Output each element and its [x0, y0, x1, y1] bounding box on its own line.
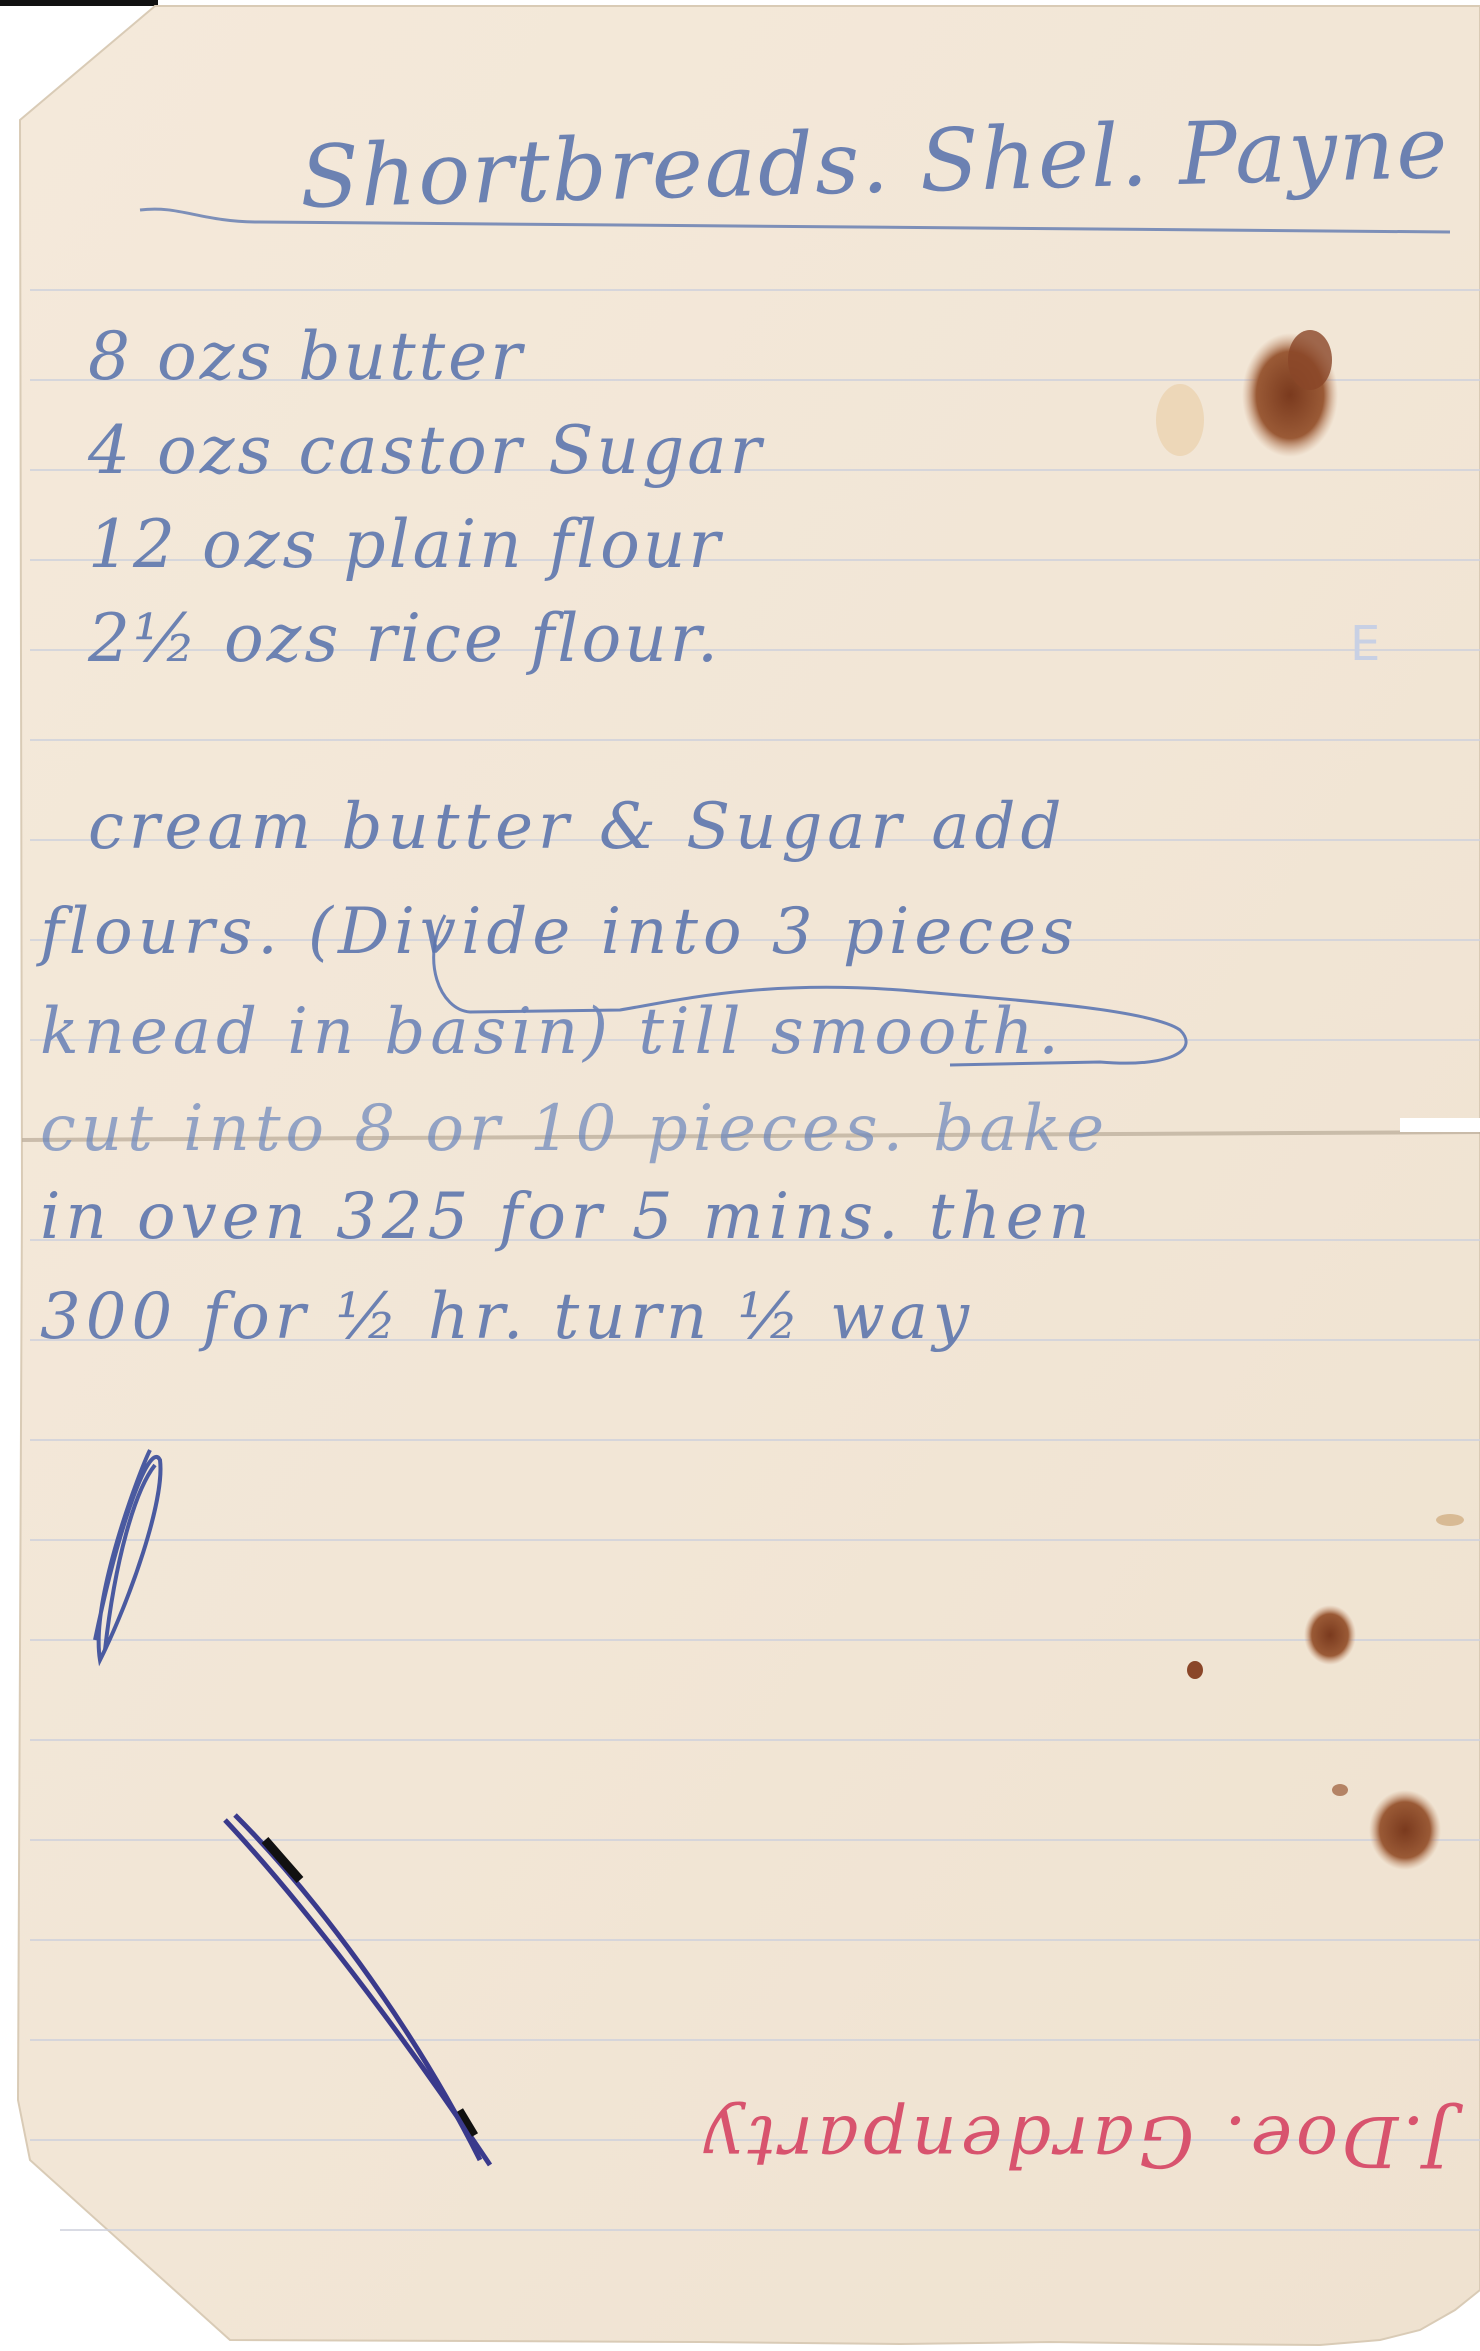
method-line: knead in basin) till smooth. [40, 995, 1064, 1069]
ingredient-item: 12 ozs plain flour [88, 506, 723, 583]
ingredient-item: 4 ozs castor Sugar [88, 412, 764, 489]
ingredient-item: 2½ ozs rice flour. [88, 600, 721, 677]
tear-notch [1400, 1118, 1480, 1132]
method-line: 300 for ½ hr. turn ½ way [40, 1280, 974, 1354]
method-line: cut into 8 or 10 pieces. bake [40, 1092, 1109, 1166]
method-line: flours. (Divide into 3 pieces [40, 895, 1079, 969]
faint-mark: E [1350, 616, 1380, 672]
method-line: in oven 325 for 5 mins. then [40, 1180, 1095, 1254]
ingredient-item: 8 ozs butter [88, 318, 525, 395]
method-line: cream butter & Sugar add [88, 790, 1066, 864]
reverse-red-annotation: J.Doe. Gardenparty [700, 2100, 1451, 2182]
